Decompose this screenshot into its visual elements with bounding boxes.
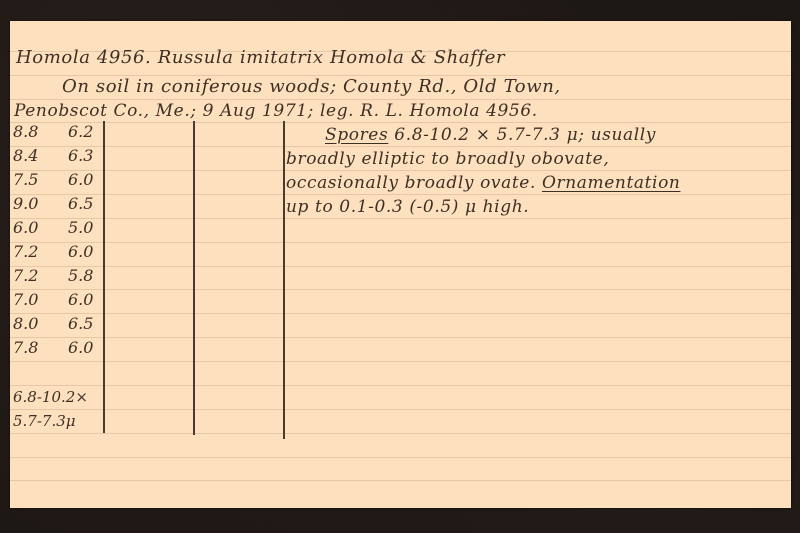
ruled-line (10, 385, 791, 386)
spore-width-range: 5.7-7.3μ (13, 414, 76, 429)
spore-length: 8.0 (13, 316, 38, 332)
ruled-line (10, 313, 791, 314)
spore-width: 6.0 (68, 172, 93, 188)
spore-length: 9.0 (13, 196, 38, 212)
ruled-line (10, 218, 791, 219)
spore-length: 7.0 (13, 292, 38, 308)
spore-width: 6.0 (68, 244, 93, 260)
collection-locality-line: Penobscot Co., Me.; 9 Aug 1971; leg. R. … (14, 103, 538, 120)
spore-width: 5.8 (68, 268, 93, 284)
ruled-line (10, 480, 791, 481)
spore-length: 7.8 (13, 340, 38, 356)
spore-length: 7.2 (13, 244, 38, 260)
column-divider-line (193, 121, 195, 435)
ruled-line (10, 242, 791, 243)
spore-width: 6.5 (68, 316, 93, 332)
spore-length: 7.2 (13, 268, 38, 284)
ruled-line (10, 433, 791, 434)
collection-header-line: Homola 4956. Russula imitatrix Homola & … (16, 49, 505, 67)
spore-description-line-2: broadly elliptic to broadly obovate, (286, 151, 609, 168)
spore-description-line-1: Spores 6.8-10.2 × 5.7-7.3 μ; usually (325, 127, 656, 144)
spore-length-range: 6.8-10.2× (13, 390, 88, 405)
spore-width: 6.0 (68, 340, 93, 356)
spore-description-line-4: up to 0.1-0.3 (-0.5) μ high. (286, 199, 529, 216)
spore-length: 6.0 (13, 220, 38, 236)
spore-width: 6.0 (68, 292, 93, 308)
ruled-line (10, 289, 791, 290)
spore-length: 8.4 (13, 148, 38, 164)
ornamentation-label: Ornamentation (542, 173, 681, 193)
spore-length: 7.5 (13, 172, 38, 188)
spore-width: 6.2 (68, 124, 93, 140)
ruled-line (10, 266, 791, 267)
index-card: Homola 4956. Russula imitatrix Homola & … (10, 21, 791, 508)
ruled-line (10, 170, 791, 171)
ruled-line (10, 146, 791, 147)
spore-length: 8.8 (13, 124, 38, 140)
spore-size-text: 6.8-10.2 × 5.7-7.3 μ; usually (388, 125, 656, 145)
spore-shape-text: occasionally broadly ovate. (286, 173, 542, 193)
spore-width: 6.5 (68, 196, 93, 212)
ruled-line (10, 122, 791, 123)
spore-width: 6.3 (68, 148, 93, 164)
ruled-line (10, 99, 791, 100)
collection-habitat-line: On soil in coniferous woods; County Rd.,… (62, 78, 561, 96)
ruled-line (10, 361, 791, 362)
spore-description-line-3: occasionally broadly ovate. Ornamentatio… (286, 175, 680, 192)
column-divider-line (283, 121, 285, 439)
ruled-line (10, 457, 791, 458)
ruled-line (10, 409, 791, 410)
spore-width: 5.0 (68, 220, 93, 236)
column-divider-line (103, 121, 105, 433)
ruled-line (10, 337, 791, 338)
ruled-line (10, 194, 791, 195)
spores-label: Spores (325, 125, 388, 145)
